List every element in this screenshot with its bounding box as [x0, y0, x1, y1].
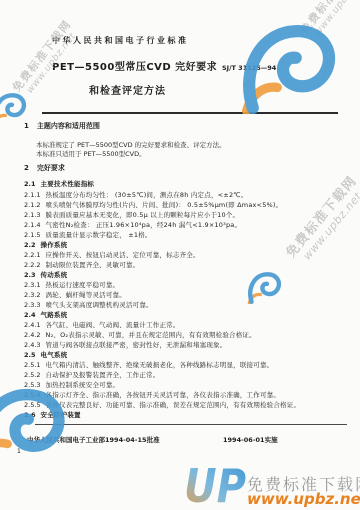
paragraph: 本标准规定了 PET—5500型CVD 的完好要求和检查、评定方法。: [36, 140, 226, 149]
clause-number: 2.2.2: [24, 261, 41, 269]
clause-row: 2.1主要技术性能指标: [24, 179, 94, 188]
clause-number: 2.1.5: [24, 231, 41, 239]
document-title-line1: PET—5500型常压CVD 完好要求: [52, 58, 217, 73]
up-logo-icon: [245, 271, 283, 304]
watermark-site-url: www.upbz.net: [247, 490, 360, 508]
section-1-heading: 1主题内容和适用范围: [24, 121, 100, 131]
clause-text: 涡轮、蜗杆绳等灵活可靠。: [46, 291, 126, 299]
clause-row: 2.2.2制动限位装置齐全、灵敏可靠。: [24, 260, 139, 269]
section-2-heading: 2完好要求: [24, 163, 65, 173]
clause-row: 2.5.2自动保护及报警装置齐全，工作正常。: [24, 370, 159, 379]
clause-text: 各指示灯齐全、指示准确，各按钮开关灵活可靠，各仪表指示准确，工作可靠。: [46, 391, 281, 399]
clause-text: 加热控制系统安全可靠。: [46, 381, 120, 389]
scanned-standard-page: 免费标准下载网 www.upbz.net 免费标准下载网 www.upbz.ne…: [0, 0, 360, 510]
clause-row: 2.1.5质量流量计显示数字稳定， ±1格。: [24, 230, 152, 239]
clause-text: 主要技术性能指标: [41, 180, 95, 188]
clause-text: 应操作开关、按钮启动灵活、定位可靠，标志齐全。: [46, 251, 200, 259]
clause-row: 2.5.1电气箱内清洁、触线整齐、绝缘无破损老化，各种线路标志明显，联接可靠。: [24, 360, 273, 369]
footer-divider: [35, 424, 347, 425]
clause-number: 2.3.1: [24, 281, 41, 289]
clause-row: 2.5电气系统: [24, 350, 67, 359]
clause-text: 质量流量计显示数字稳定， ±1格。: [46, 231, 152, 239]
clause-number: 2.1.3: [24, 211, 41, 219]
clause-number: 2.4.3: [24, 341, 41, 349]
watermark-brand-lockup: UP 免费标准下载网 www.upbz.net: [186, 455, 360, 510]
clause-text: 完好要求: [37, 164, 65, 172]
clause-row: 2.4.2N₂、O₂表指示灵敏、可靠，并且在规定范围内，有有效期检验合格证。: [24, 330, 256, 339]
clause-number: 2.1.4: [24, 221, 41, 229]
clause-row: 2.1.2喷头喷射气体膜厚均匀性(片内、片间、批间)： 0.5±5%μm(即 Δ…: [24, 200, 282, 209]
clause-number: 2.3.2: [24, 291, 41, 299]
clause-number: 2.5: [24, 351, 36, 359]
clause-text: 主题内容和适用范围: [37, 122, 100, 130]
clause-number: 2.4.2: [24, 331, 41, 339]
clause-row: 2.3.2涡轮、蜗杆绳等灵活可靠。: [24, 290, 126, 299]
clause-number: 2.1.1: [24, 191, 41, 199]
clause-number: 2.2.1: [24, 251, 41, 259]
implementation-date: 1994-06-01实施: [223, 435, 278, 444]
clause-number: 2.2: [24, 241, 36, 249]
clause-number: 2.5.1: [24, 361, 41, 369]
clause-text: 自动保护及报警装置齐全，工作正常。: [46, 371, 160, 379]
clause-row: 2.1.3膜表面质量应基本无变化，即0.5μ 以上的颗粒每片应小于10个。: [24, 210, 239, 219]
clause-text: 气密性N₂检查： 正压1.96×10⁴pa，经24h 漏气<1.9×10³pa。: [46, 221, 242, 229]
clause-text: 电气系统: [41, 351, 68, 359]
document-title-line2: 和检查评定方法: [89, 82, 166, 97]
clause-row: 2.4.1各气缸、电磁阀、气动阀、流量计工作正常。: [24, 320, 180, 329]
clause-text: 膜表面质量应基本无变化，即0.5μ 以上的颗粒每片应小于10个。: [46, 211, 240, 219]
clause-row: 2.3.1热板运行速度平稳可靠。: [24, 280, 119, 289]
clause-text: N₂、O₂表指示灵敏、可靠，并且在规定范围内，有有效期检验合格证。: [46, 331, 256, 339]
clause-number: 2.1: [24, 180, 36, 188]
clause-row: 2.3.3喷气头支架高度调整机构灵活可靠。: [24, 300, 153, 309]
paragraph: 本标准只适用于 PET—5500型CVD。: [36, 149, 146, 158]
clause-number: 2.5.2: [24, 371, 41, 379]
clause-number: 2.4.1: [24, 321, 41, 329]
clause-text: 传动系统: [41, 271, 68, 279]
clause-row: 2.1.1热板温度分布均匀性： (30±5℃)间，测点在8h 内定点，<±2℃。: [24, 190, 248, 199]
clause-number: 2.4: [24, 311, 36, 319]
up-logo-icon: [0, 379, 72, 476]
clause-row: 2.1.4气密性N₂检查： 正压1.96×10⁴pa，经24h 漏气<1.9×1…: [24, 220, 241, 229]
clause-number: 2.3: [24, 271, 36, 279]
clause-text: 各气缸、电磁阀、气动阀、流量计工作正常。: [46, 321, 180, 329]
clause-number: 2: [24, 164, 29, 172]
clause-row: 2.3传动系统: [24, 270, 67, 279]
clause-number: 2.3.3: [24, 301, 41, 309]
clause-text: 气路系统: [41, 311, 68, 319]
clause-row: 2.4.3管道与阀各联接点联接严密，密封性好，无泄漏和堵塞现象。: [24, 340, 226, 349]
clause-text: 各种仪表完整良好、功能可靠、指示准确，误差在规定范围内，有有效期检验合格证。: [46, 401, 301, 409]
up-wordmark-icon: UP: [186, 457, 248, 509]
clause-text: 热板温度分布均匀性： (30±5℃)间，测点在8h 内定点，<±2℃。: [46, 191, 248, 199]
up-logo-icon: [235, 22, 340, 114]
clause-text: 热板运行速度平稳可靠。: [46, 281, 120, 289]
clause-row: 2.4气路系统: [24, 310, 67, 319]
clause-row: 2.2操作系统: [24, 240, 67, 249]
up-logo-icon: [0, 92, 28, 125]
clause-text: 操作系统: [41, 241, 68, 249]
clause-number: 2.1.2: [24, 201, 41, 209]
up-wordmark-text: UP: [186, 459, 246, 509]
clause-text: 制动限位装置齐全、灵敏可靠。: [46, 261, 140, 269]
clause-row: 2.2.1应操作开关、按钮启动灵活、定位可靠，标志齐全。: [24, 250, 200, 259]
clause-text: 喷头喷射气体膜厚均匀性(片内、片间、批间)： 0.5±5%μm(即 Δmax<5…: [46, 201, 283, 209]
clause-text: 电气箱内清洁、触线整齐、绝缘无破损老化，各种线路标志明显，联接可靠。: [46, 361, 274, 369]
clause-text: 管道与阀各联接点联接严密，密封性好，无泄漏和堵塞现象。: [46, 341, 227, 349]
clause-text: 喷气头支架高度调整机构灵活可靠。: [46, 301, 153, 309]
standard-org-title: 中华人民共和国电子行业标准: [52, 35, 189, 46]
